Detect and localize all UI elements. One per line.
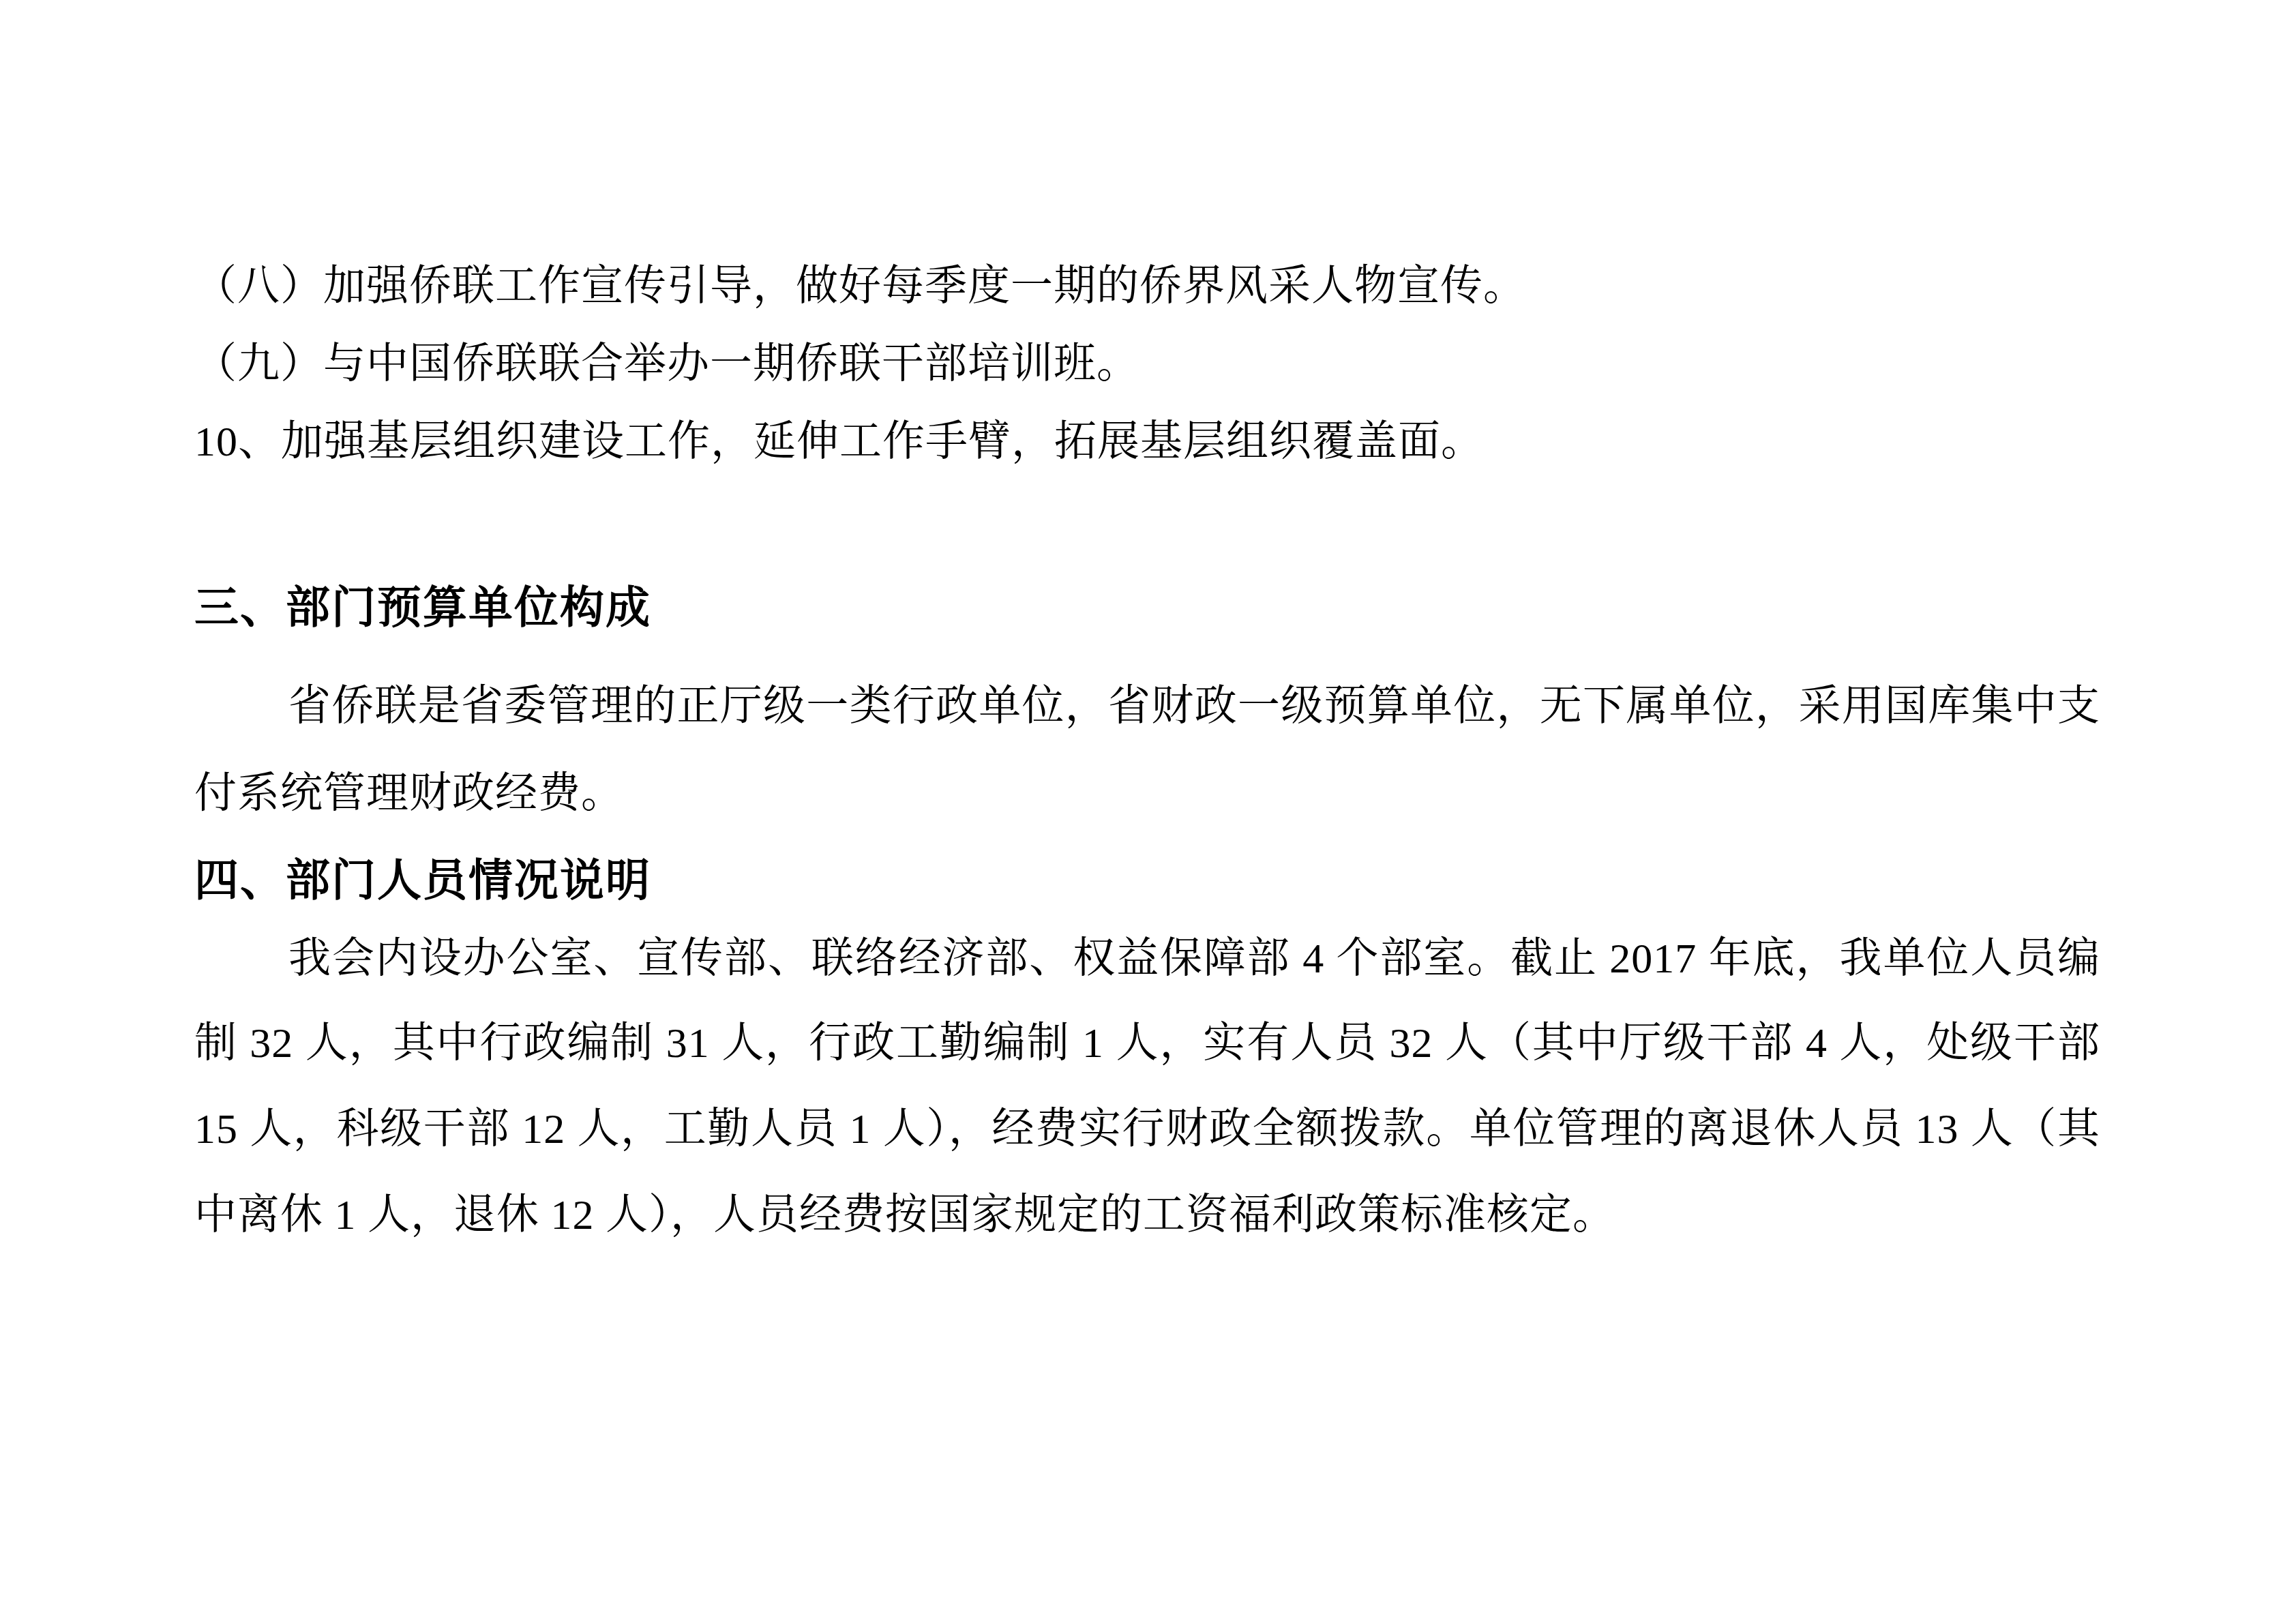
paragraph-line: 中离休 1 人，退休 12 人），人员经费按国家规定的工资福利政策标准核定。 — [194, 1191, 1615, 1240]
paragraph-line: 省侨联是省委管理的正厅级一类行政单位，省财政一级预算单位，无下属单位，采用国库集… — [194, 683, 2100, 731]
list-item-ten: 10、加强基层组织建设工作，延伸工作手臂，拓展基层组织覆盖面。 — [194, 418, 1484, 466]
section-heading-personnel-description: 四、部门人员情况说明 — [194, 856, 651, 907]
document-page: { "page": { "background": "#ffffff", "te… — [0, 0, 2296, 1623]
page: （八）加强侨联工作宣传引导，做好每季度一期的侨界风采人物宣传。 （九）与中国侨联… — [0, 0, 2296, 1623]
paragraph-line: 付系统管理财政经费。 — [194, 770, 624, 818]
document-body: （八）加强侨联工作宣传引导，做好每季度一期的侨界风采人物宣传。 （九）与中国侨联… — [194, 0, 2100, 1623]
list-item-nine: （九）与中国侨联联合举办一期侨联干部培训班。 — [194, 340, 1139, 389]
list-item-eight: （八）加强侨联工作宣传引导，做好每季度一期的侨界风采人物宣传。 — [194, 263, 1526, 311]
paragraph-line: 我会内设办公室、宣传部、联络经济部、权益保障部 4 个部室。截止 2017 年底… — [194, 935, 2100, 983]
section-heading-budget-unit-composition: 三、部门预算单位构成 — [194, 583, 651, 634]
paragraph-line: 15 人，科级干部 12 人，工勤人员 1 人），经费实行财政全额拨款。单位管理… — [194, 1105, 2100, 1154]
paragraph-line: 制 32 人，其中行政编制 31 人，行政工勤编制 1 人，实有人员 32 人（… — [194, 1019, 2100, 1068]
